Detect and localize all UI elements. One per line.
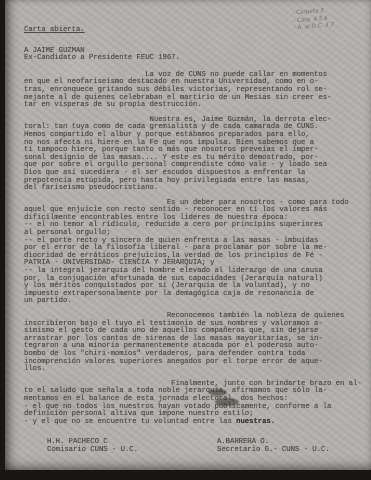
paragraph: Nuestra es, Jaime Guzmán, la derrota ele… [24,117,369,193]
letter-line: tar en vísperas de su propia destrucción… [24,102,369,110]
paragraph: Reconocemos también la nobleza de quiene… [24,313,369,374]
ink-blot [209,389,227,396]
letter-paragraphs: La voz de CUNS no puede callar en moment… [24,72,369,427]
signatory-role: Comisario CUNS - U.C. [47,447,138,455]
signature-left: H.H. PACHECO C Comisario CUNS - U.C. [47,439,138,454]
signature-right: A.BARRERA O. Secretario G.- CUNS - U.C. [217,439,330,454]
signatory-role: Secretario G.- CUNS - U.C. [217,447,330,455]
ink-blot [215,398,239,406]
letter-line: - y el que no se encuentre tu voluntad e… [24,419,369,427]
scanned-letter-page: { "pencil_note": { "lines": ["- Carpeta … [0,0,371,480]
paragraph: La voz de CUNS no puede callar en moment… [24,72,369,110]
letter-title: Carta abierta. [24,27,85,35]
paper-sheet: - Carpeta 3- Carp. 4.5.6- A. al D.C. 3.7… [5,0,371,470]
signature-block: H.H. PACHECO C Comisario CUNS - U.C. A.B… [24,439,369,459]
recipient-block: A JAIME GUZMAN Ex-Candidato a Presidente… [24,48,369,63]
recipient-subtitle: Ex-Candidato a Presidente FEUC 1967. [24,55,369,63]
paragraph: Finalmente, junto con brindarte brazo en… [24,381,369,427]
paragraph: Es un deber para nosotros - como para to… [24,200,369,306]
letter-line: impuesto extrapersonalmente por la demag… [24,291,369,299]
letter-line: incomprensión valores superiores anegado… [24,359,369,367]
letter-line: un partido. [24,298,369,306]
letter-line: llos. [24,366,369,374]
letter-line: del fariseísmo pseudocristiano. [24,185,369,193]
letter-body: Carta abierta. A JAIME GUZMAN Ex-Candida… [24,27,369,459]
